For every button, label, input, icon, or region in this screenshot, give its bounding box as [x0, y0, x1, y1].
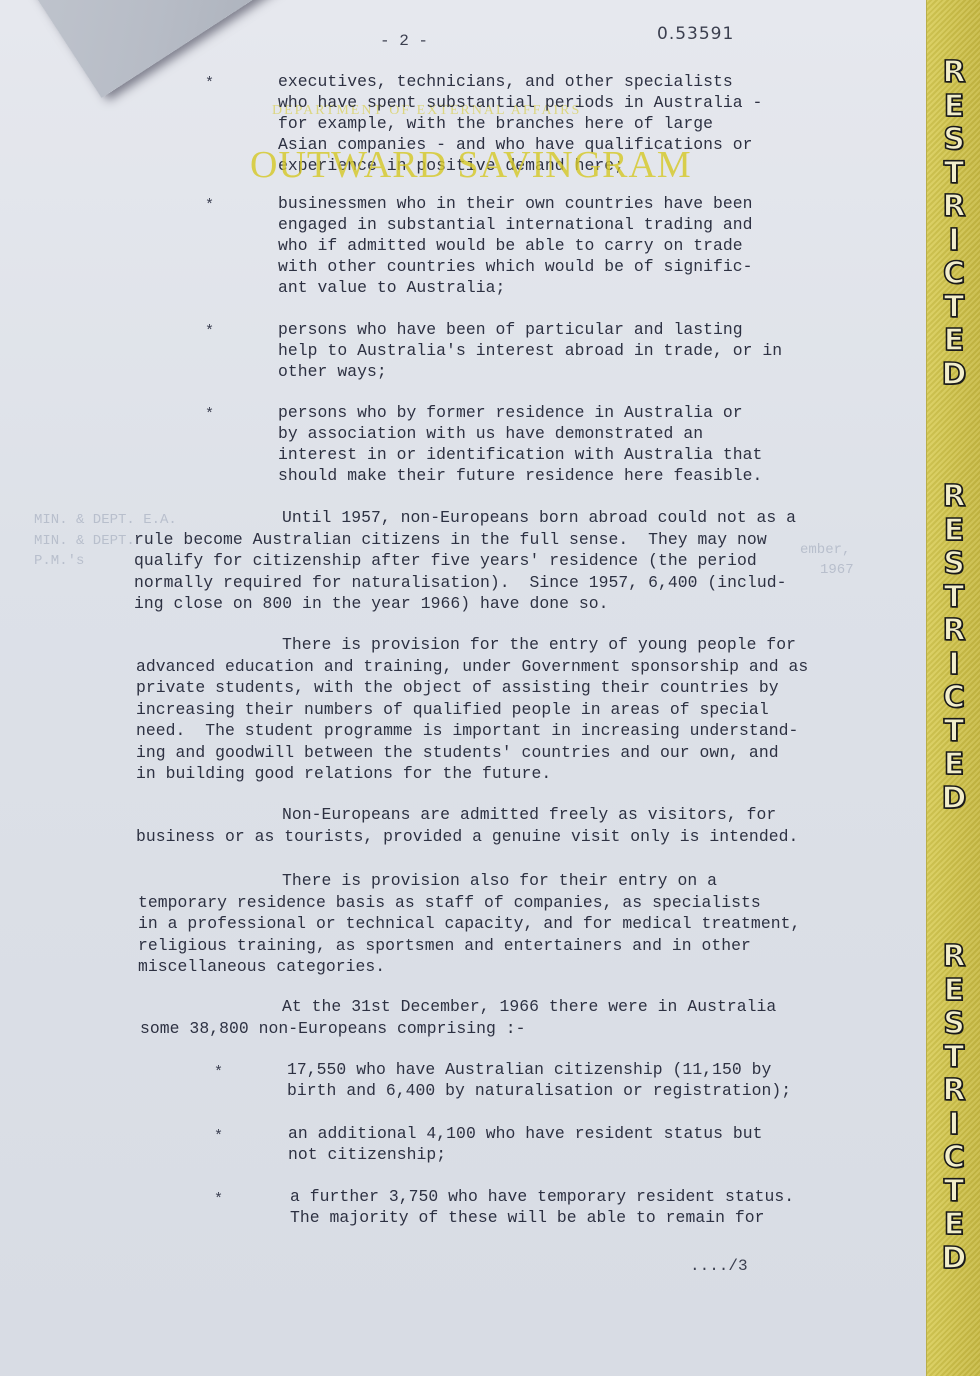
restricted-label: RESTRICTED	[927, 56, 980, 391]
page-number: - 2 -	[380, 32, 428, 50]
bullet-text-line: with other countries which would be of s…	[278, 257, 753, 276]
document-page: - 2 - 0.53591 DEPARTMENT OF EXTERNAL AFF…	[0, 0, 926, 1376]
paragraph-line: religious training, as sportsmen and ent…	[138, 936, 751, 955]
paragraph-line: There is provision also for their entry …	[282, 871, 717, 890]
bullet-text-line: by association with us have demonstrated…	[278, 424, 703, 443]
paragraph-line: miscellaneous categories.	[138, 957, 385, 976]
restricted-label: RESTRICTED	[927, 480, 980, 815]
paragraph-line: qualify for citizenship after five years…	[134, 551, 757, 570]
paragraph-line: At the 31st December, 1966 there were in…	[282, 997, 776, 1016]
bullet-asterisk-icon: *	[214, 1064, 223, 1081]
bullet-text-line: persons who have been of particular and …	[278, 320, 743, 339]
bullet-text-line: businessmen who in their own countries h…	[278, 194, 753, 213]
bullet-text-line: The majority of these will be able to re…	[290, 1208, 765, 1227]
paragraph-line: increasing their numbers of qualified pe…	[136, 700, 769, 719]
bullet-text-line: executives, technicians, and other speci…	[278, 72, 733, 91]
paragraph-line: in building good relations for the futur…	[136, 764, 551, 783]
paragraph-line: Non-Europeans are admitted freely as vis…	[282, 805, 776, 824]
bullet-asterisk-icon: *	[205, 323, 214, 340]
paragraph-line: ing and goodwill between the students' c…	[136, 743, 779, 762]
paragraph-line: rule become Australian citizens in the f…	[134, 530, 767, 549]
paragraph-line: in a professional or technical capacity,…	[138, 914, 800, 933]
bullet-text-line: who if admitted would be able to carry o…	[278, 236, 743, 255]
outward-savingram-stamp: OUTWARD SAVINGRAM	[250, 143, 692, 187]
bullet-asterisk-icon: *	[214, 1128, 223, 1145]
bleed-through-text: 1967	[820, 562, 854, 578]
paragraph-line: need. The student programme is important…	[136, 721, 798, 740]
paragraph-line: private students, with the object of ass…	[136, 678, 779, 697]
bullet-text-line: 17,550 who have Australian citizenship (…	[287, 1060, 771, 1079]
bleed-through-text: MIN. & DEPT.	[34, 533, 135, 549]
bullet-text-line: birth and 6,400 by naturalisation or reg…	[287, 1081, 791, 1100]
paragraph-line: temporary residence basis as staff of co…	[138, 893, 761, 912]
bullet-asterisk-icon: *	[205, 406, 214, 423]
bullet-text-line: an additional 4,100 who have resident st…	[288, 1124, 763, 1143]
bullet-asterisk-icon: *	[205, 197, 214, 214]
bullet-text-line: not citizenship;	[288, 1145, 446, 1164]
bullet-text-line: should make their future residence here …	[278, 466, 762, 485]
paragraph-line: There is provision for the entry of youn…	[282, 635, 796, 654]
paragraph-line: some 38,800 non-Europeans comprising :-	[140, 1019, 526, 1038]
bleed-through-text: ember,	[800, 542, 850, 558]
continued-marker: ..../3	[690, 1257, 748, 1275]
paragraph-line: business or as tourists, provided a genu…	[136, 827, 798, 846]
restricted-classification-stripe: RESTRICTED RESTRICTED RESTRICTED	[926, 0, 980, 1376]
bleed-through-text: P.M.'s	[34, 553, 84, 569]
bullet-text-line: who have spent substantial periods in Au…	[278, 93, 762, 112]
bullet-text-line: other ways;	[278, 362, 387, 381]
paragraph-line: normally required for naturalisation). S…	[134, 573, 786, 592]
paragraph-line: ing close on 800 in the year 1966) have …	[134, 594, 609, 613]
reference-number: 0.53591	[657, 24, 734, 44]
bullet-asterisk-icon: *	[205, 75, 214, 92]
bullet-text-line: help to Australia's interest abroad in t…	[278, 341, 782, 360]
folded-page-corner	[0, 0, 320, 98]
restricted-label: RESTRICTED	[927, 940, 980, 1275]
bullet-text-line: ant value to Australia;	[278, 278, 505, 297]
bleed-through-text: MIN. & DEPT. E.A.	[34, 512, 177, 528]
bullet-text-line: a further 3,750 who have temporary resid…	[290, 1187, 794, 1206]
bullet-text-line: engaged in substantial international tra…	[278, 215, 753, 234]
bullet-asterisk-icon: *	[214, 1191, 223, 1208]
bullet-text-line: for example, with the branches here of l…	[278, 114, 713, 133]
bullet-text-line: interest in or identification with Austr…	[278, 445, 762, 464]
paragraph-line: Until 1957, non-Europeans born abroad co…	[282, 508, 796, 527]
paragraph-line: advanced education and training, under G…	[136, 657, 808, 676]
bullet-text-line: persons who by former residence in Austr…	[278, 403, 743, 422]
